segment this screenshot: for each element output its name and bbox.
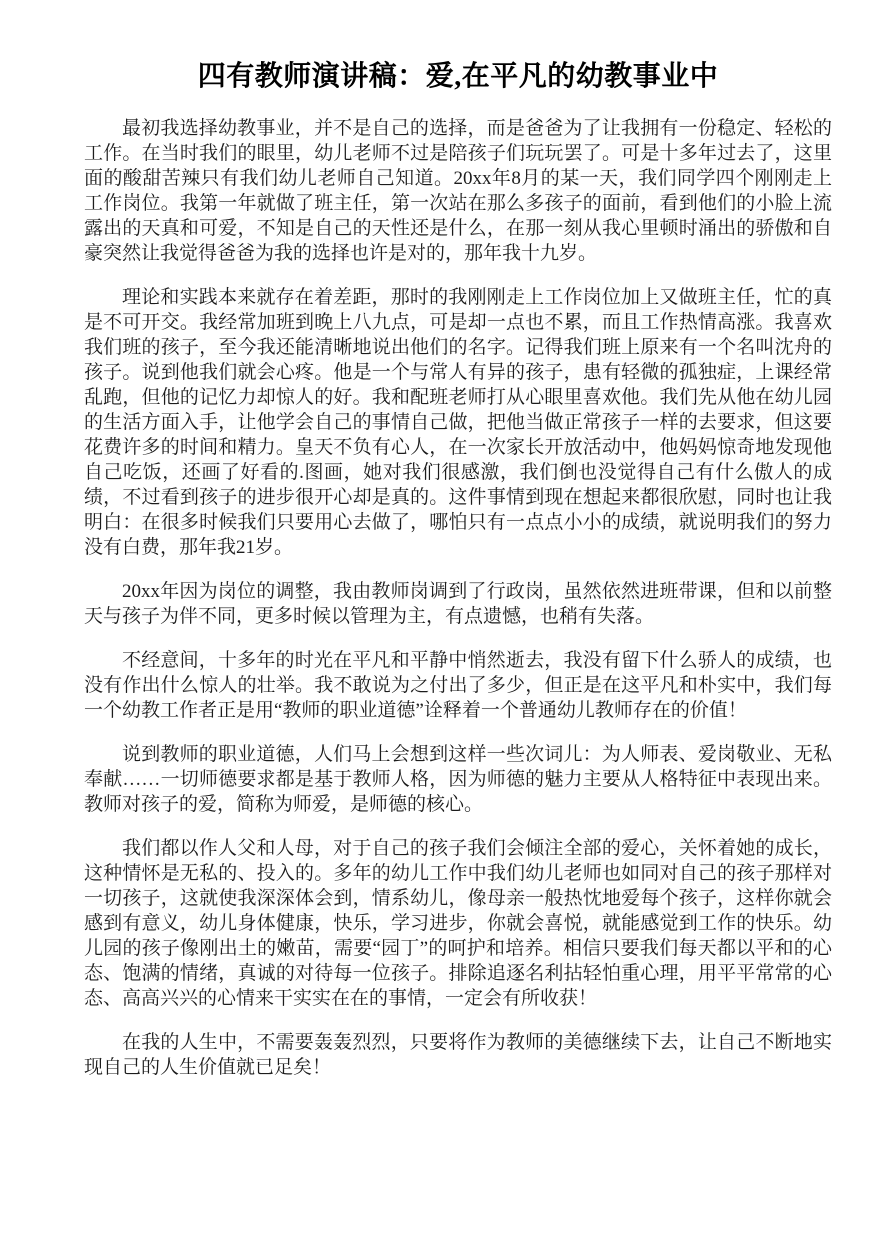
- paragraph-3: 20xx年因为岗位的调整，我由教师岗调到了行政岗，虽然依然进班带课，但和以前整天…: [84, 579, 832, 629]
- paragraph-7: 在我的人生中，不需要轰轰烈烈，只要将作为教师的美德继续下去，让自己不断地实现自己…: [84, 1030, 832, 1080]
- paragraph-2: 理论和实践本来就存在着差距，那时的我刚刚走上工作岗位加上又做班主任，忙的真是不可…: [84, 285, 832, 560]
- document-title: 四有教师演讲稿：爱,在平凡的幼教事业中: [84, 60, 832, 94]
- document-content: 四有教师演讲稿：爱,在平凡的幼教事业中 最初我选择幼教事业，并不是自己的选择，而…: [0, 0, 884, 1080]
- document-page: 四有教师演讲稿：爱,在平凡的幼教事业中 最初我选择幼教事业，并不是自己的选择，而…: [0, 0, 884, 1250]
- document-body: 最初我选择幼教事业，并不是自己的选择，而是爸爸为了让我拥有一份稳定、轻松的工作。…: [84, 116, 832, 1080]
- paragraph-6: 我们都以作人父和人母，对于自己的孩子我们会倾注全部的爱心，关怀着她的成长，这种情…: [84, 836, 832, 1011]
- paragraph-5: 说到教师的职业道德，人们马上会想到这样一些次词儿：为人师表、爱岗敬业、无私奉献……: [84, 742, 832, 817]
- paragraph-1: 最初我选择幼教事业，并不是自己的选择，而是爸爸为了让我拥有一份稳定、轻松的工作。…: [84, 116, 832, 266]
- paragraph-4: 不经意间，十多年的时光在平凡和平静中悄然逝去，我没有留下什么骄人的成绩，也没有作…: [84, 648, 832, 723]
